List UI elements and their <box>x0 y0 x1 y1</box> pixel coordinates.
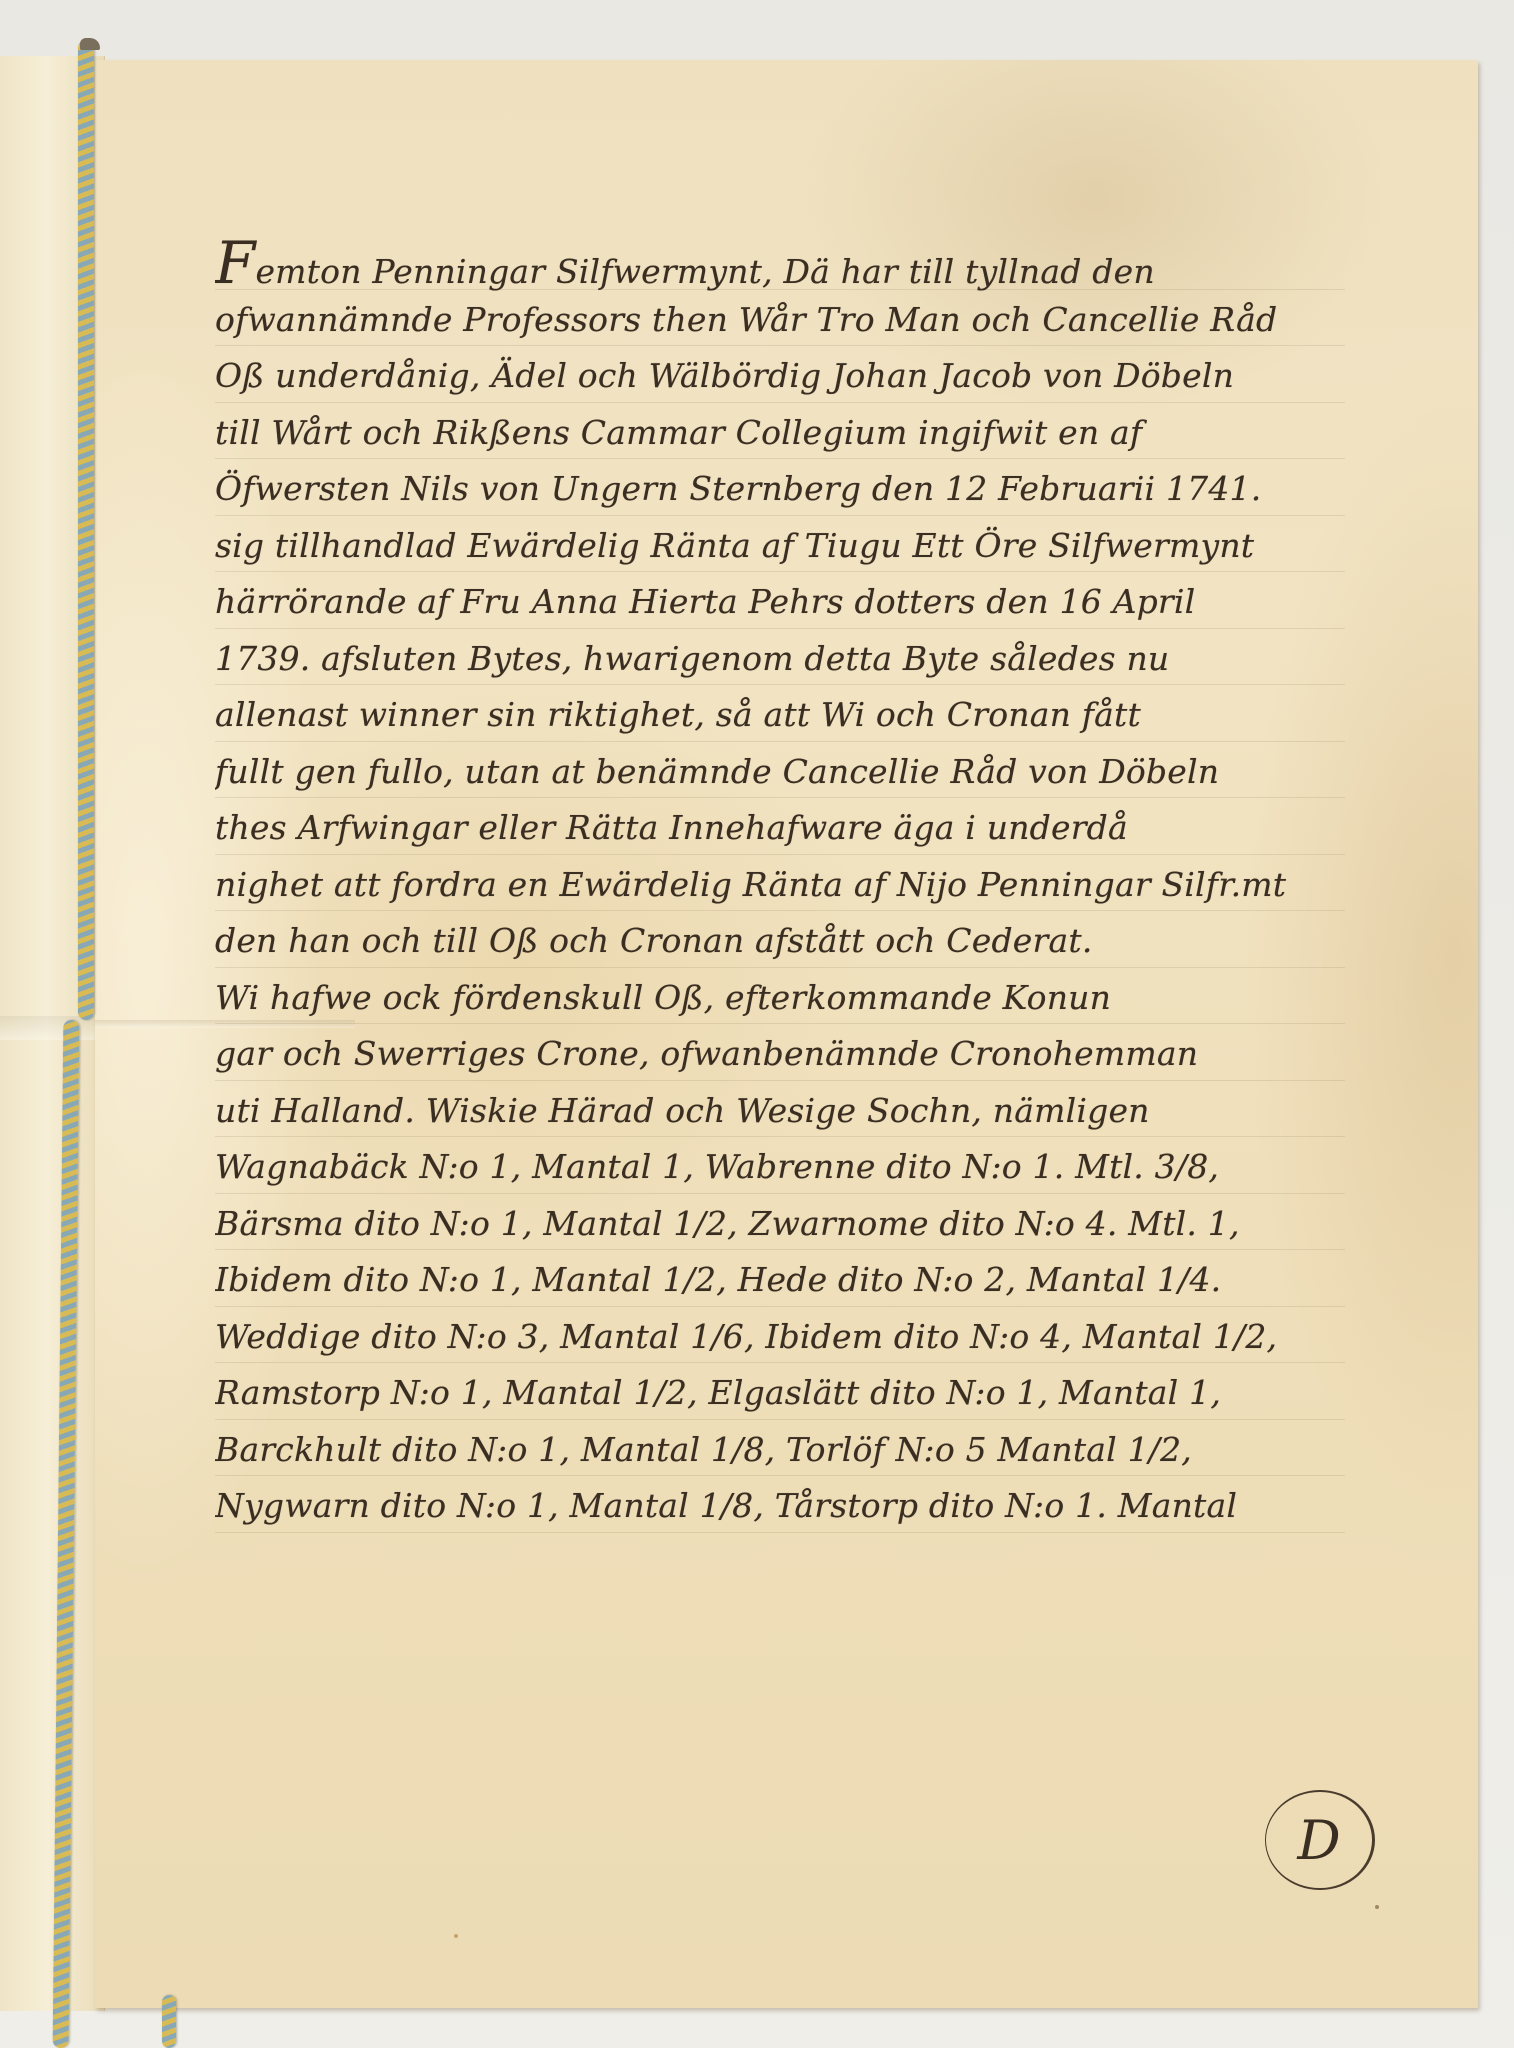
manuscript-text: Femton Penningar Silfwermynt, Dä har til… <box>215 235 1355 1535</box>
text-line: 1739. afsluten Bytes, hwarigenom detta B… <box>215 631 1355 688</box>
text-line: uti Halland. Wiskie Härad och Wesige Soc… <box>215 1083 1355 1140</box>
binding-cord-tail <box>162 1995 176 2048</box>
text-line: Ramstorp N:o 1, Mantal 1/2, Elgaslätt di… <box>215 1365 1355 1422</box>
text-line: Bärsma dito N:o 1, Mantal 1/2, Zwarnome … <box>215 1196 1355 1253</box>
text-line: Wi hafwe ock fördenskull Oß, efterkomman… <box>215 970 1355 1027</box>
ink-spot <box>1375 1905 1379 1909</box>
text-line: sig tillhandlad Ewärdelig Ränta af Tiugu… <box>215 518 1355 575</box>
text-line: till Wårt och Rikßens Cammar Collegium i… <box>215 405 1355 462</box>
text-line: fullt gen fullo, utan at benämnde Cancel… <box>215 744 1355 801</box>
text-line: Öfwersten Nils von Ungern Sternberg den … <box>215 461 1355 518</box>
text-line: ofwannämnde Professors then Wår Tro Man … <box>215 292 1355 349</box>
page-fold <box>0 1016 105 1040</box>
text-line: Oß underdånig, Ädel och Wälbördig Johan … <box>215 348 1355 405</box>
text-line: thes Arfwingar eller Rätta Innehafware ä… <box>215 800 1355 857</box>
text-line: den han och till Oß och Cronan afstått o… <box>215 913 1355 970</box>
text-line: Ibidem dito N:o 1, Mantal 1/2, Hede dito… <box>215 1252 1355 1309</box>
text-line: Weddige dito N:o 3, Mantal 1/6, Ibidem d… <box>215 1309 1355 1366</box>
text-line: nighet att fordra en Ewärdelig Ränta af … <box>215 857 1355 914</box>
text-line: allenast winner sin riktighet, så att Wi… <box>215 687 1355 744</box>
text-line: Nygwarn dito N:o 1, Mantal 1/8, Tårstorp… <box>215 1478 1355 1535</box>
text-line: Wagnabäck N:o 1, Mantal 1, Wabrenne dito… <box>215 1139 1355 1196</box>
ink-spot <box>454 1934 458 1938</box>
binding-cord-upper <box>78 40 94 1020</box>
text-line: Femton Penningar Silfwermynt, Dä har til… <box>215 235 1355 292</box>
text-line: Barckhult dito N:o 1, Mantal 1/8, Torlöf… <box>215 1422 1355 1479</box>
text-line: härrörande af Fru Anna Hierta Pehrs dott… <box>215 574 1355 631</box>
text-line: gar och Swerriges Crone, ofwanbenämnde C… <box>215 1026 1355 1083</box>
catchword-flourish: D <box>1265 1790 1375 1890</box>
